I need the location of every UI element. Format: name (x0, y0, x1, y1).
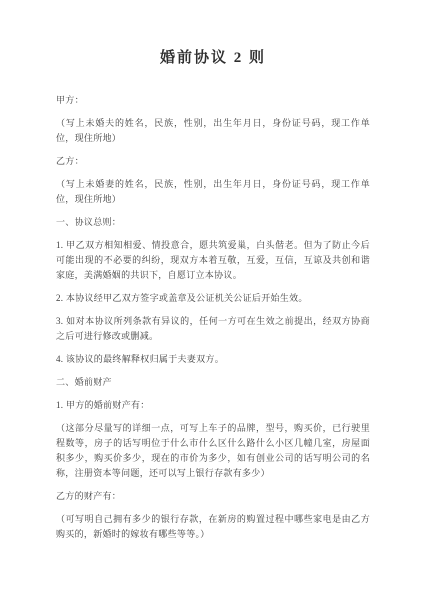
party-a-note: （写上未婚夫的姓名，民族，性别，出生年月日，身份证号码，现工作单位，现住所地） (56, 116, 370, 146)
section-property-heading: 二、婚前财产 (56, 375, 370, 390)
party-b-label: 乙方： (56, 154, 370, 169)
section-general-heading: 一、协议总则： (56, 215, 370, 230)
clause-1: 1. 甲乙双方相知相爱、情投意合，愿共筑爱巢，白头偕老。但为了防止今后可能出现的… (56, 238, 370, 283)
document-page: 婚前协议 2 则 甲方： （写上未婚夫的姓名，民族，性别，出生年月日，身份证号码… (0, 0, 424, 600)
party-b-property-label: 乙方的财产有： (56, 489, 370, 504)
clause-3: 3. 如对本协议所列条款有异议的，任何一方可在生效之前提出，经双方协商之后可进行… (56, 314, 370, 344)
document-content: 婚前协议 2 则 甲方： （写上未婚夫的姓名，民族，性别，出生年月日，身份证号码… (0, 0, 424, 542)
clause-2: 2. 本协议经甲乙双方签字或盖章及公证机关公证后开始生效。 (56, 291, 370, 306)
clause-4: 4. 该协议的最终解释权归属于夫妻双方。 (56, 352, 370, 367)
party-b-note: （写上未婚妻的姓名，民族，性别，出生年月日，身份证号码，现工作单位，现住所地） (56, 177, 370, 207)
party-a-property-label: 1. 甲方的婚前财产有： (56, 398, 370, 413)
party-a-label: 甲方： (56, 93, 370, 108)
party-a-property-note: （这部分尽量写的详细一点，可写上车子的品牌，型号，购买价，已行驶里程数等，房子的… (56, 421, 370, 481)
document-title: 婚前协议 2 则 (56, 46, 370, 67)
party-b-property-note: （可写明自己拥有多少的银行存款，在新房的购置过程中哪些家电是由乙方购买的，新婚时… (56, 512, 370, 542)
